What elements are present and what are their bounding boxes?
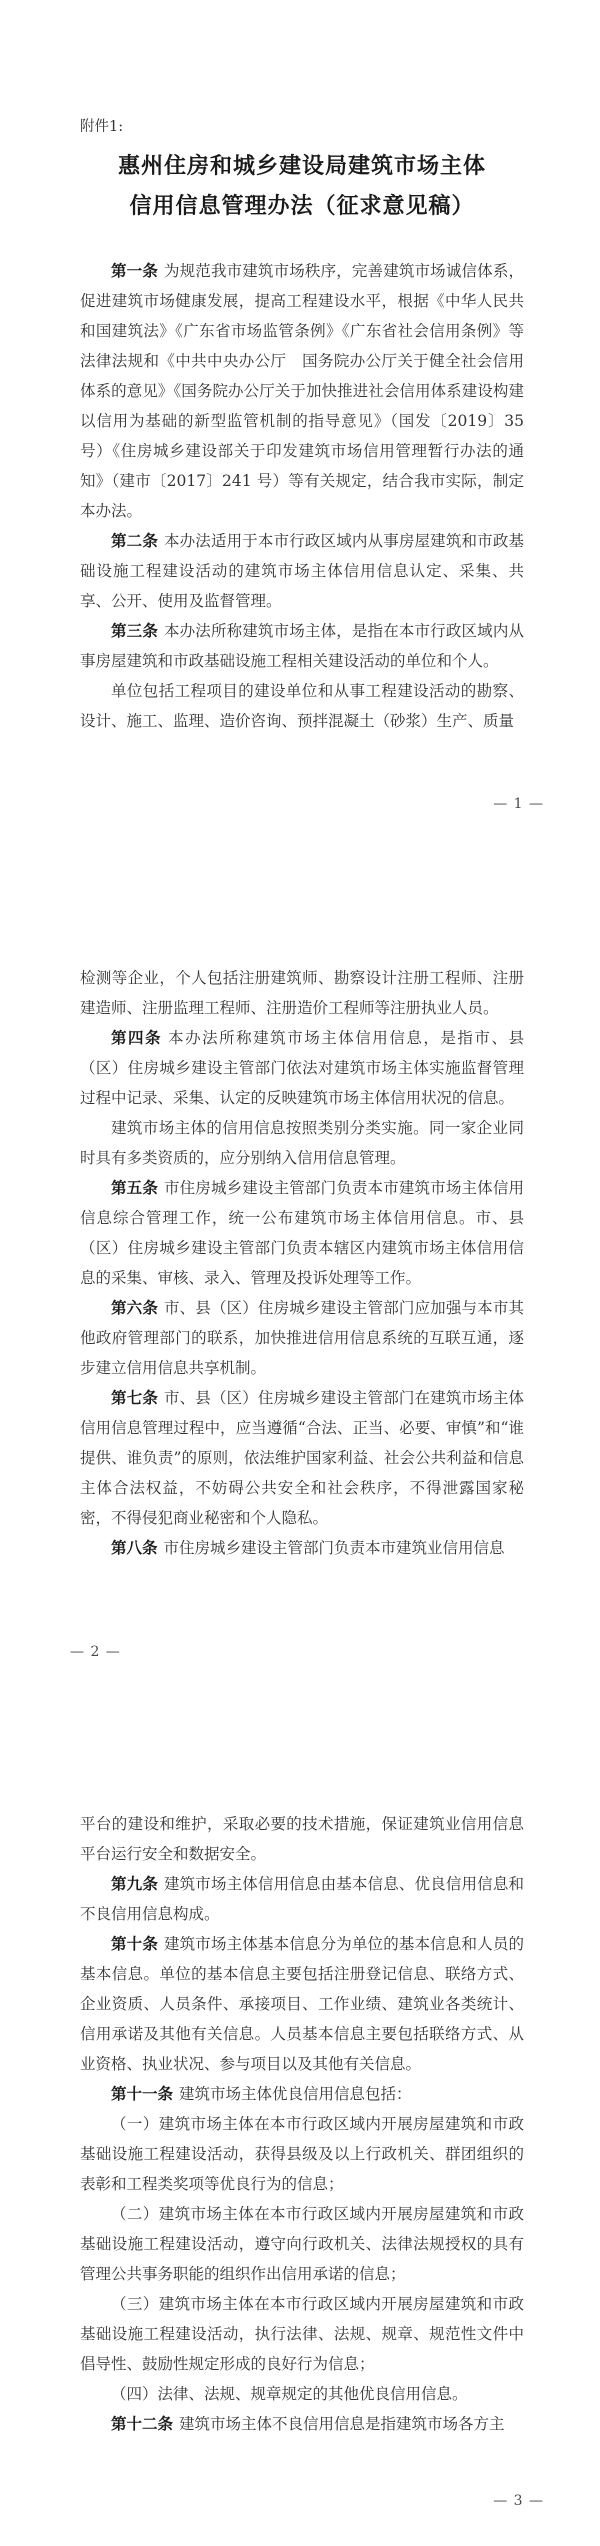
- paragraph: 第一条为规范我市建筑市场秩序，完善建筑市场诚信体系，促进建筑市场健康发展，提高工…: [80, 256, 524, 526]
- page-2-number: — 2 —: [70, 1643, 121, 1661]
- document-title: 惠州住房和城乡建设局建筑市场主体 信用信息管理办法（征求意见稿）: [80, 147, 524, 227]
- clause-label: 第六条: [111, 1299, 158, 1317]
- clause-label: 第十二条: [111, 2415, 173, 2433]
- page-1: 附件1: 惠州住房和城乡建设局建筑市场主体 信用信息管理办法（征求意见稿） 第一…: [0, 0, 600, 849]
- paragraph: 第七条市、县（区）住房城乡建设主管部门在建筑市场主体信用信息管理过程中，应当遵循…: [80, 1383, 524, 1533]
- document-title-line-2: 信用信息管理办法（征求意见稿）: [80, 187, 524, 227]
- page-1-number: — 1 —: [493, 795, 544, 813]
- clause-label: 第十一条: [111, 2085, 173, 2103]
- paragraph: 第十二条建筑市场主体不良信用信息是指建筑市场各方主: [80, 2409, 524, 2439]
- page-2: 检测等企业，个人包括注册建筑师、勘察设计注册工程师、注册建造师、注册监理工程师、…: [0, 849, 600, 1698]
- page-3-body: 平台的建设和维护，采取必要的技术措施，保证建筑业信用信息平台运行安全和数据安全。…: [80, 1697, 524, 2439]
- clause-label: 第十条: [111, 1935, 158, 1953]
- paragraph: （一）建筑市场主体在本市行政区域内开展房屋建筑和市政基础设施工程建设活动，获得县…: [80, 2109, 524, 2199]
- document: 附件1: 惠州住房和城乡建设局建筑市场主体 信用信息管理办法（征求意见稿） 第一…: [0, 0, 600, 2546]
- clause-label: 第二条: [111, 532, 158, 550]
- paragraph: 第三条本办法所称建筑市场主体，是指在本市行政区域内从事房屋建筑和市政基础设施工程…: [80, 616, 524, 676]
- paragraph: 检测等企业，个人包括注册建筑师、勘察设计注册工程师、注册建造师、注册监理工程师、…: [80, 963, 524, 1023]
- page-3-number: — 3 —: [493, 2492, 544, 2510]
- clause-label: 第八条: [111, 1539, 158, 1557]
- clause-label: 第一条: [111, 262, 158, 280]
- paragraph: 第十条建筑市场主体基本信息分为单位的基本信息和人员的基本信息。单位的基本信息主要…: [80, 1929, 524, 2079]
- paragraph: 第八条市住房城乡建设主管部门负责本市建筑业信用信息: [80, 1533, 524, 1563]
- page-2-body: 检测等企业，个人包括注册建筑师、勘察设计注册工程师、注册建造师、注册监理工程师、…: [80, 849, 524, 1563]
- paragraph: 第四条本办法所称建筑市场主体信用信息，是指市、县（区）住房城乡建设主管部门依法对…: [80, 1023, 524, 1113]
- paragraph: 第九条建筑市场主体信用信息由基本信息、优良信用信息和不良信用信息构成。: [80, 1869, 524, 1929]
- attachment-label: 附件1:: [80, 0, 524, 137]
- clause-label: 第九条: [111, 1875, 158, 1893]
- page-1-body: 第一条为规范我市建筑市场秩序，完善建筑市场诚信体系，促进建筑市场健康发展，提高工…: [80, 256, 524, 736]
- clause-label: 第四条: [111, 1029, 162, 1047]
- paragraph: 建筑市场主体的信用信息按照类别分类实施。同一家企业同时具有多类资质的，应分别纳入…: [80, 1113, 524, 1173]
- paragraph: 第五条市住房城乡建设主管部门负责本市建筑市场主体信用信息综合管理工作，统一公布建…: [80, 1173, 524, 1293]
- paragraph: 第六条市、县（区）住房城乡建设主管部门应加强与本市其他政府管理部门的联系，加快推…: [80, 1293, 524, 1383]
- paragraph: （三）建筑市场主体在本市行政区域内开展房屋建筑和市政基础设施工程建设活动，执行法…: [80, 2289, 524, 2379]
- paragraph: （四）法律、法规、规章规定的其他优良信用信息。: [80, 2379, 524, 2409]
- clause-label: 第五条: [111, 1179, 158, 1197]
- document-title-line-1: 惠州住房和城乡建设局建筑市场主体: [80, 147, 524, 187]
- paragraph: 平台的建设和维护，采取必要的技术措施，保证建筑业信用信息平台运行安全和数据安全。: [80, 1809, 524, 1869]
- paragraph: 单位包括工程项目的建设单位和从事工程建设活动的勘察、设计、施工、监理、造价咨询、…: [80, 676, 524, 736]
- paragraph: 第二条本办法适用于本市行政区域内从事房屋建筑和市政基础设施工程建设活动的建筑市场…: [80, 526, 524, 616]
- paragraph: （二）建筑市场主体在本市行政区域内开展房屋建筑和市政基础设施工程建设活动，遵守向…: [80, 2199, 524, 2289]
- paragraph: 第十一条建筑市场主体优良信用信息包括：: [80, 2079, 524, 2109]
- page-3: 平台的建设和维护，采取必要的技术措施，保证建筑业信用信息平台运行安全和数据安全。…: [0, 1697, 600, 2546]
- clause-label: 第三条: [111, 622, 158, 640]
- clause-label: 第七条: [111, 1389, 158, 1407]
